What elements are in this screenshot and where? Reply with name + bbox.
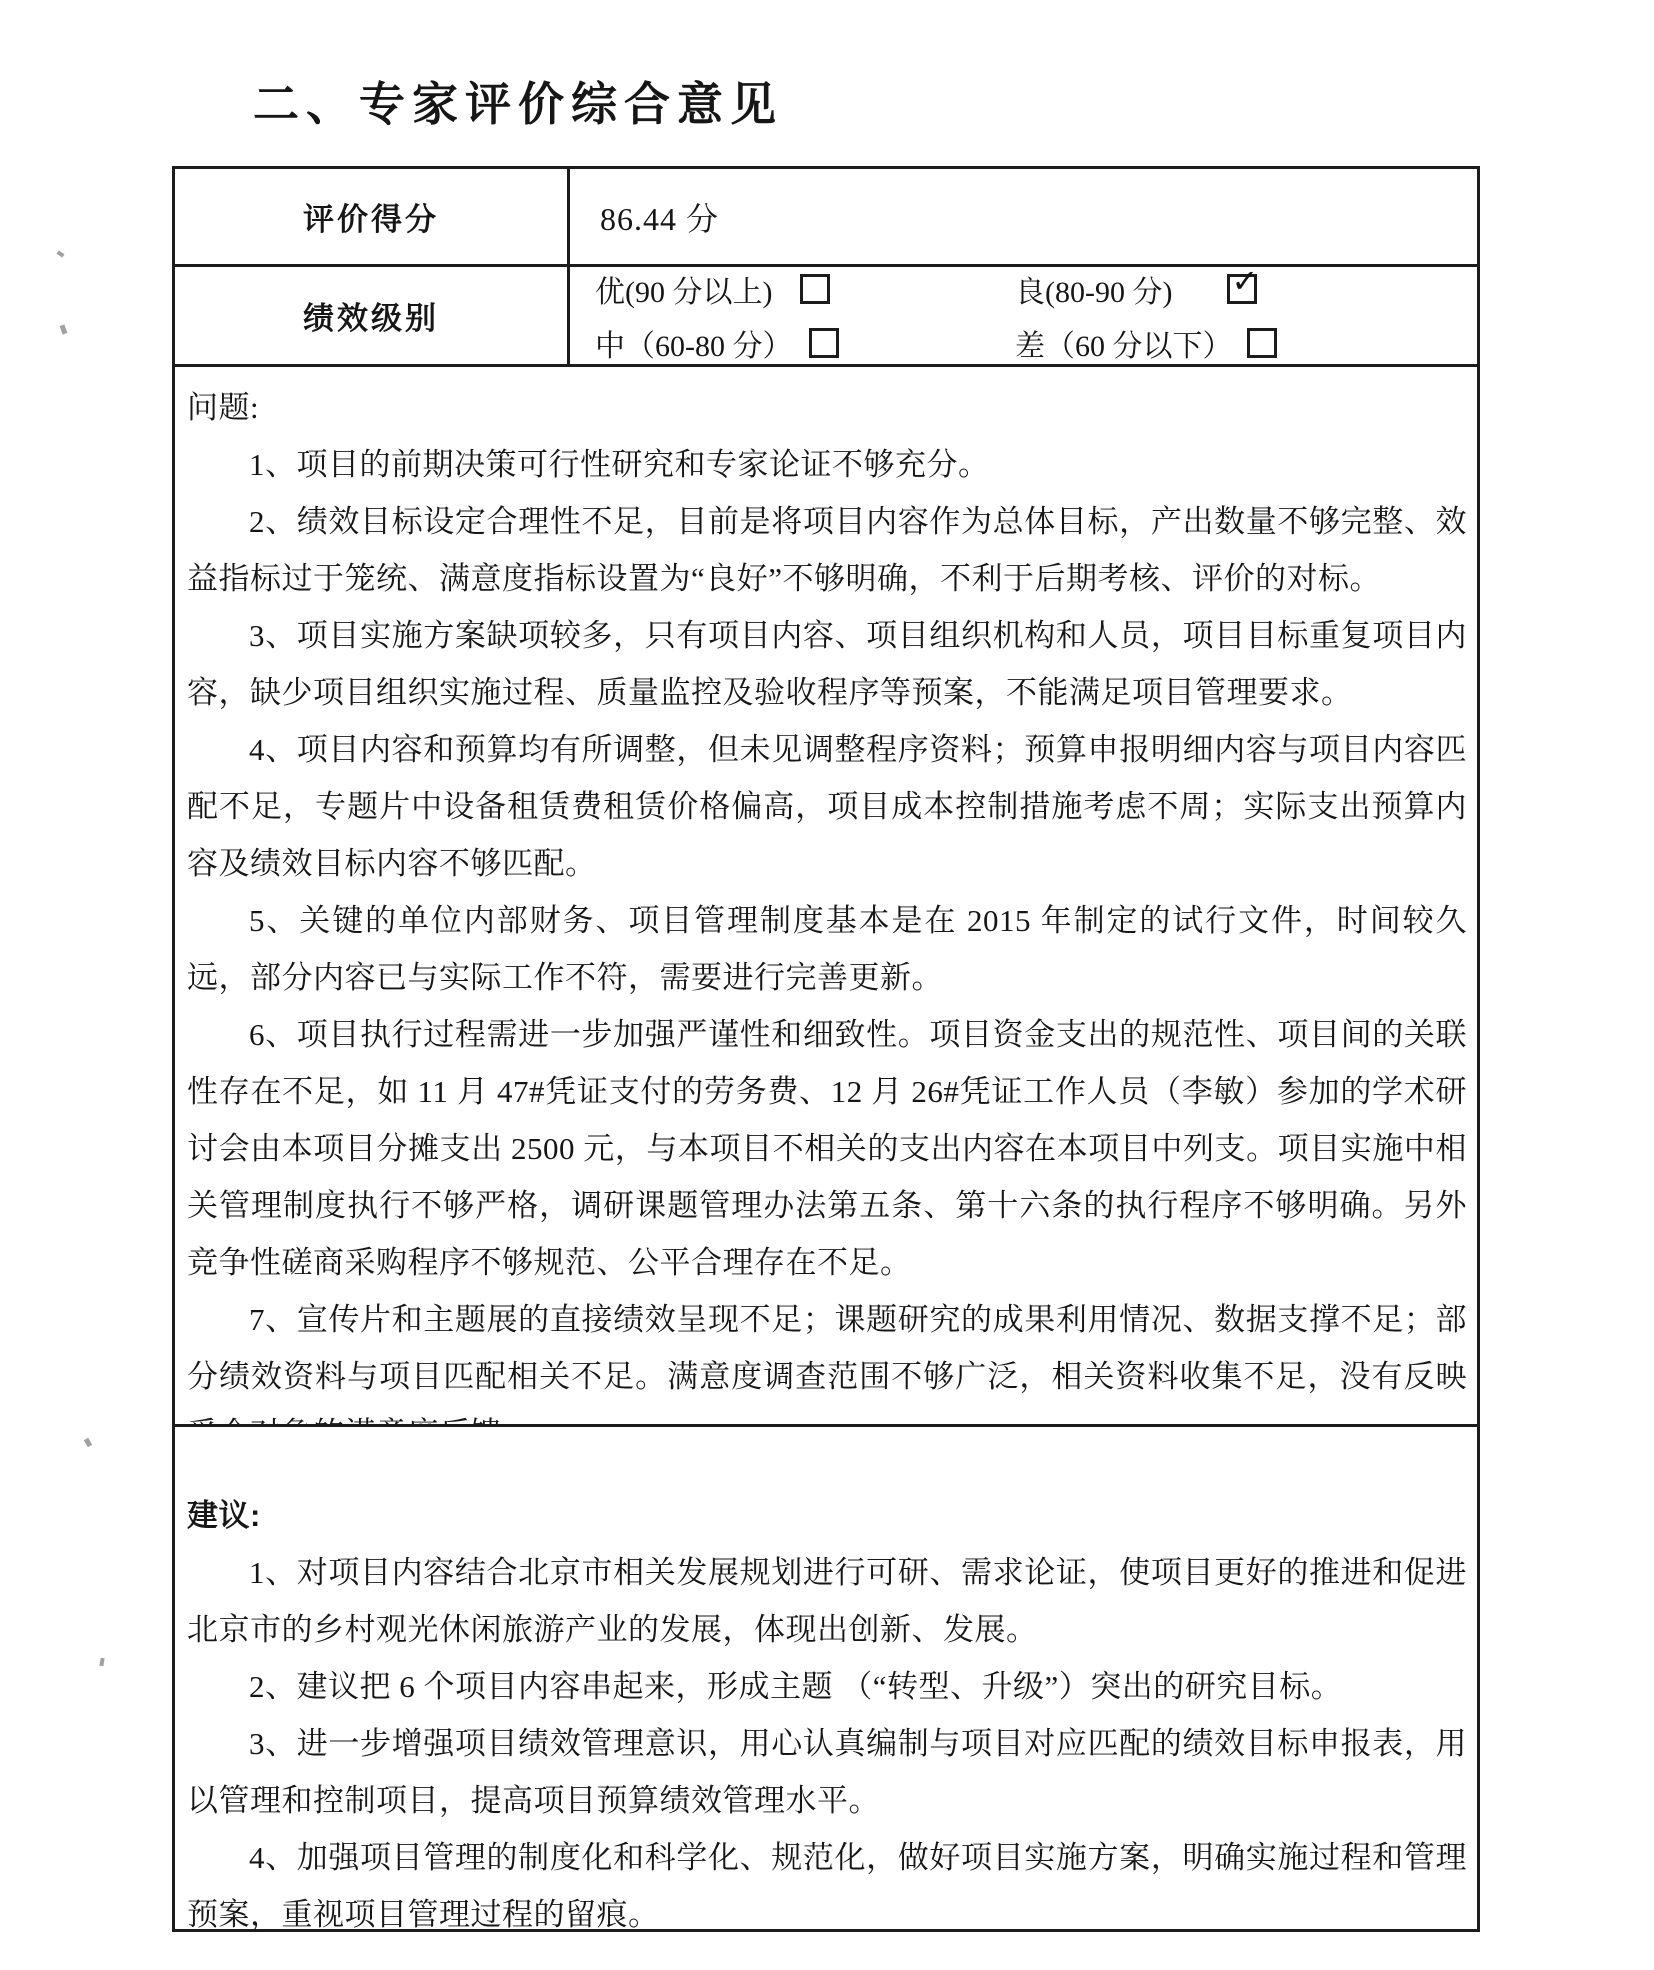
check-mark-icon: ✓ — [1231, 265, 1258, 297]
problem-item: 1、项目的前期决策可行性研究和专家论证不够充分。 — [187, 436, 1467, 493]
level-option-poor: 差（60 分以下） — [1015, 321, 1477, 365]
problem-item: 3、项目实施方案缺项较多，只有项目内容、项目组织机构和人员，项目目标重复项目内容… — [187, 607, 1467, 721]
scan-artifact — [99, 1658, 104, 1667]
problem-item: 4、项目内容和预算均有所调整，但未见调整程序资料；预算申报明细内容与项目内容匹配… — [187, 721, 1467, 892]
suggestions-section: 建议: 1、对项目内容结合北京市相关发展规划进行可研、需求论证，使项目更好的推进… — [175, 1424, 1477, 1929]
score-value: 86.44 分 — [570, 169, 1477, 264]
level-label: 绩效级别 — [175, 267, 570, 364]
scanned-document-page: 二、专家评价综合意见 评价得分 86.44 分 绩效级别 优(90 分以上) 良… — [0, 0, 1654, 1970]
suggestion-item: 3、进一步增强项目绩效管理意识，用心认真编制与项目对应匹配的绩效目标申报表，用以… — [187, 1715, 1467, 1829]
scan-artifact — [56, 250, 64, 257]
evaluation-table: 评价得分 86.44 分 绩效级别 优(90 分以上) 良(80-90 分) ✓… — [172, 166, 1480, 1932]
checkbox-poor[interactable] — [1247, 328, 1277, 358]
level-options: 优(90 分以上) 良(80-90 分) ✓ 中（60-80 分） 差（60 分… — [570, 267, 1477, 364]
score-label: 评价得分 — [175, 169, 570, 264]
checkbox-good-checked[interactable]: ✓ — [1227, 274, 1257, 304]
suggestion-item: 2、建议把 6 个项目内容串起来，形成主题 （“转型、升级”）突出的研究目标。 — [187, 1658, 1467, 1715]
table-row-score: 评价得分 86.44 分 — [175, 169, 1477, 267]
level-option-excellent: 优(90 分以上) — [595, 267, 1015, 311]
checkbox-excellent[interactable] — [800, 274, 830, 304]
problem-item: 5、关键的单位内部财务、项目管理制度基本是在 2015 年制定的试行文件，时间较… — [187, 892, 1467, 1006]
level-option-excellent-label: 优(90 分以上) — [595, 267, 772, 311]
problem-item: 6、项目执行过程需进一步加强严谨性和细致性。项目资金支出的规范性、项目间的关联性… — [187, 1006, 1467, 1291]
problem-item: 7、宣传片和主题展的直接绩效呈现不足；课题研究的成果利用情况、数据支撑不足；部分… — [187, 1291, 1467, 1424]
problems-section: 问题: 1、项目的前期决策可行性研究和专家论证不够充分。 2、绩效目标设定合理性… — [175, 367, 1477, 1424]
level-option-good-label: 良(80-90 分) — [1015, 267, 1172, 311]
problem-item: 2、绩效目标设定合理性不足，目前是将项目内容作为总体目标，产出数量不够完整、效益… — [187, 493, 1467, 607]
comments-cell: 问题: 1、项目的前期决策可行性研究和专家论证不够充分。 2、绩效目标设定合理性… — [175, 367, 1477, 1929]
checkbox-medium[interactable] — [809, 328, 839, 358]
table-row-level: 绩效级别 优(90 分以上) 良(80-90 分) ✓ 中（60-80 分） 差… — [175, 267, 1477, 367]
suggestions-heading: 建议: — [187, 1487, 1467, 1544]
suggestion-item: 1、对项目内容结合北京市相关发展规划进行可研、需求论证，使项目更好的推进和促进北… — [187, 1544, 1467, 1658]
level-option-medium: 中（60-80 分） — [595, 321, 1015, 365]
scan-artifact — [84, 1438, 92, 1447]
level-option-poor-label: 差（60 分以下） — [1015, 321, 1233, 365]
level-option-medium-label: 中（60-80 分） — [595, 321, 793, 365]
suggestion-item: 4、加强项目管理的制度化和科学化、规范化，做好项目实施方案，明确实施过程和管理预… — [187, 1829, 1467, 1929]
level-option-good: 良(80-90 分) ✓ — [1015, 267, 1477, 311]
page-title: 二、专家评价综合意见 — [253, 68, 783, 134]
scan-artifact — [60, 324, 68, 334]
problems-heading: 问题: — [187, 379, 1467, 436]
